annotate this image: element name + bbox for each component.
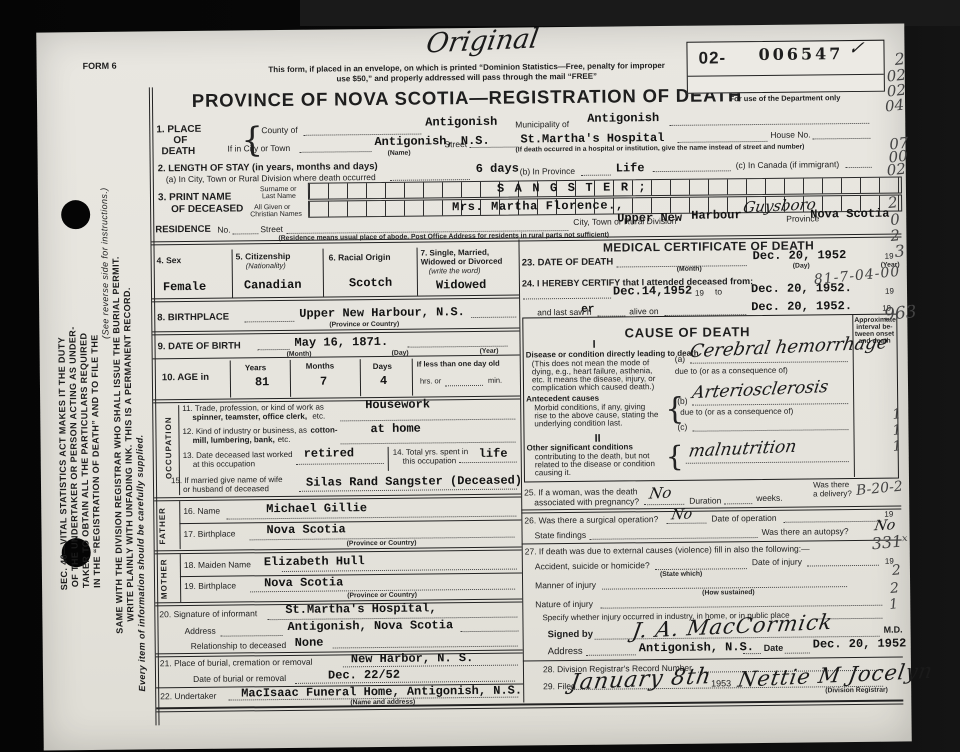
mother-birthplace-value: Nova Scotia <box>264 576 343 589</box>
racial-origin-label: 6. Racial Origin <box>329 253 391 263</box>
signed-address-label: Address <box>548 647 583 657</box>
occ-12-value: at home <box>370 423 421 436</box>
q25-duration-label: Duration <box>689 496 721 505</box>
side-note-supply: Every item of information should be care… <box>134 434 147 691</box>
cell-divider <box>232 250 234 298</box>
dotted-line <box>666 523 706 524</box>
q25-value: No <box>648 485 673 502</box>
father-birthplace-caption: (Province or Country) <box>347 540 417 548</box>
age-less-label: If less than one day old <box>417 360 500 369</box>
informant-address-label: Address <box>184 627 215 636</box>
dotted-line <box>785 652 810 653</box>
dotted-line <box>232 233 258 234</box>
dotted-line <box>677 141 767 143</box>
stay-b-value: Life <box>616 162 645 175</box>
marital-value: Widowed <box>436 279 487 292</box>
attended-to-value: Dec. 20, 1952. <box>751 282 852 296</box>
citizenship-sublabel: (Nationality) <box>246 262 286 270</box>
age-months-header: Months <box>306 362 335 371</box>
age-min-label: min. <box>488 377 502 385</box>
antecedent-line4: underlying condition last. <box>534 419 622 428</box>
street-label: Street <box>444 140 467 149</box>
lastsaw-er: er <box>581 305 594 317</box>
dotted-line <box>743 653 761 654</box>
lastsaw-post: alive on <box>629 307 658 316</box>
cell-divider <box>388 447 389 471</box>
cell-divider <box>323 249 325 297</box>
pencil-331: 331ˣ <box>871 533 909 553</box>
informant-relationship-label: Relationship to deceased <box>191 641 287 651</box>
dotted-line <box>459 462 517 464</box>
cell-divider <box>412 359 413 396</box>
father-vertical-label: FATHER <box>158 506 167 546</box>
q27-nature-label: Nature of injury <box>535 600 593 610</box>
side-note-reverse: (See reverse side for instructions.) <box>99 187 111 339</box>
dod-value: Dec. 20, 1952 <box>753 249 847 263</box>
dotted-line <box>221 635 283 637</box>
cell-divider <box>179 501 181 549</box>
dotted-line <box>282 569 517 572</box>
stay-b-label: (b) In Province <box>520 167 575 177</box>
marital-label-3: (write the word) <box>429 267 481 275</box>
cell-divider <box>180 554 182 602</box>
occ-13-label-b: at this occupation <box>193 460 255 469</box>
printname-label-2: OF DECEASED <box>171 204 243 215</box>
stay-c-label: (c) In Canada (if immigrant) <box>736 160 840 170</box>
cell-divider <box>360 359 361 396</box>
mother-birthplace-caption: (Province or Country) <box>347 592 417 600</box>
dotted-line <box>341 442 516 445</box>
dotted-line <box>296 463 384 465</box>
county-label: County of <box>261 126 297 135</box>
q26-value1: No <box>670 507 693 523</box>
cause-a-label: (a) <box>675 355 685 364</box>
dotted-line <box>469 147 517 149</box>
cause-p1-e: complication which caused death.) <box>532 383 654 393</box>
dotted-line <box>461 631 519 633</box>
dotted-line <box>724 503 752 504</box>
divider-line <box>688 74 884 77</box>
dotted-line <box>586 654 636 656</box>
dob-label: 9. DATE OF BIRTH <box>158 341 241 352</box>
father-name-label: 16. Name <box>183 507 220 516</box>
pencil-t3: 1 <box>892 439 902 454</box>
q27-state-caption: (State which) <box>660 571 702 579</box>
signed-date-label: Date <box>764 644 784 654</box>
birthplace-label: 8. BIRTHPLACE <box>157 313 229 324</box>
burial-date-value: Dec. 22/52 <box>328 669 400 682</box>
undertaker-label: 22. Undertaker <box>160 692 216 702</box>
dotted-line <box>471 317 516 318</box>
divider-line <box>179 520 521 525</box>
occ-15-label-b: or husband of deceased <box>183 485 269 494</box>
q27-accident-label: Accident, suicide or homicide? <box>535 561 650 571</box>
age-hrs-label: hrs. or <box>420 377 441 385</box>
q27-label: 27. If death was due to external causes … <box>525 544 810 556</box>
dod-label: 23. DATE OF DEATH <box>522 258 614 269</box>
dotted-line <box>812 138 870 140</box>
q27-sustained-caption: (How sustained) <box>702 589 755 597</box>
residence-label: RESIDENCE <box>155 225 211 236</box>
occ-11-value: Housework <box>365 398 430 411</box>
film-edge <box>300 0 960 26</box>
attended-from-19: 19 <box>695 290 704 298</box>
q25-weeks-label: weeks. <box>756 494 783 503</box>
citizenship-value: Canadian <box>244 279 302 292</box>
microfilm-background: SEC. 46—VITAL STATISTICS ACT MAKES IT TH… <box>0 0 960 752</box>
burial-place-value: New Harbor, N. S. <box>351 652 474 666</box>
residence-division-value1: Upper New <box>617 212 682 225</box>
occ-14-value: life <box>479 448 508 461</box>
age-years-header: Years <box>245 364 266 373</box>
side-note-line6: WRITE PLAINLY WITH UNFADING INK. THIS IS… <box>122 287 136 621</box>
cause-dueto-2: due to (or as a consequence of) <box>680 408 793 418</box>
pencil-d2: 2 <box>889 581 899 596</box>
informant-label: 20. Signature of informant <box>159 609 257 619</box>
citizenship-label: 5. Citizenship <box>236 252 291 261</box>
dept-prefix: 02- <box>698 49 726 67</box>
q26-autopsy-label: Was there an autopsy? <box>761 527 848 537</box>
age-years-value: 81 <box>255 376 270 389</box>
form-number-label: FORM 6 <box>83 62 117 72</box>
residence-no-label: No. <box>217 226 230 235</box>
sex-label: 4. Sex <box>157 256 182 265</box>
q25-line2: associated with pregnancy? <box>534 497 639 507</box>
mother-name-label: 18. Maiden Name <box>184 560 251 570</box>
cause-dueto-1: due to (or as a consequence of) <box>675 367 788 377</box>
pencil-a4: 04 <box>884 98 905 116</box>
dotted-line <box>300 151 372 153</box>
cell-divider <box>290 360 291 397</box>
dotted-line <box>258 349 290 350</box>
racial-origin-value: Scotch <box>349 277 392 290</box>
street-value: St.Martha's Hospital <box>520 132 664 146</box>
signedby-label: Signed by <box>548 630 594 640</box>
pencil-c4: 3 <box>894 243 906 261</box>
page-title: PROVINCE OF NOVA SCOTIA—REGISTRATION OF … <box>187 85 747 110</box>
dotted-line <box>581 175 611 176</box>
stay-a-value: 6 days <box>476 163 519 176</box>
dob-value: May 16, 1871. <box>294 336 388 350</box>
occ-12-label-b: cotton- <box>310 426 337 435</box>
dod-day-caption: (Day) <box>793 262 810 269</box>
mother-birthplace-label: 19. Birthplace <box>184 582 236 591</box>
birthplace-caption: (Province or Country) <box>329 321 399 329</box>
father-name-value: Michael Gillie <box>266 502 367 516</box>
dod-month-caption: (Month) <box>677 266 702 273</box>
dotted-line <box>600 605 882 609</box>
dotted-line <box>333 646 518 649</box>
original-handwriting: Original <box>424 25 540 59</box>
pencil-t1: 1 <box>892 407 902 422</box>
q26-findings-label: State findings <box>535 531 587 540</box>
father-birthplace-label: 17. Birthplace <box>183 530 235 539</box>
pencil-t2: 1 <box>892 423 902 438</box>
informant-address-value: Antigonish, Nova Scotia <box>287 619 453 633</box>
occ-15-value: Silas Rand Sangster (Deceased) <box>306 475 522 490</box>
divider-line <box>180 573 522 578</box>
city-label: If in City or Town <box>227 144 290 154</box>
birthplace-value: Upper New Harbour, N.S. <box>299 306 465 320</box>
given-name-value: Mrs. Martha Florence., <box>452 199 624 213</box>
punch-hole-top <box>61 200 90 229</box>
informant-relationship-value: None <box>295 637 324 650</box>
occ-11-label-b: spinner, teamster, office clerk, <box>192 413 307 423</box>
q27-manner-label: Manner of injury <box>535 581 596 591</box>
city-name-caption: (Name) <box>388 150 411 157</box>
dept-number: 006547 <box>758 46 843 64</box>
registrar-caption: (Division Registrar) <box>825 687 888 695</box>
occ-12-label-c: mill, lumbering, bank, <box>193 436 275 445</box>
dotted-line <box>644 504 684 505</box>
side-note-line4: IN THE “REGISTRATION OF DEATH” AND TO FI… <box>89 334 102 588</box>
pencil-b202: B-20-2 <box>855 480 903 499</box>
age-months-value: 7 <box>320 376 327 389</box>
cell-divider <box>230 361 231 398</box>
q26-date-label: Date of operation <box>711 514 776 524</box>
signed-address-value: Antigonish, N.S. <box>639 641 754 655</box>
residence-division-value2: Harbour <box>691 209 742 222</box>
divider-line <box>523 657 903 662</box>
cell-divider <box>417 248 419 296</box>
residence-province-value: Nova Scotia <box>810 208 889 221</box>
dotted-line <box>669 123 869 126</box>
age-days-value: 4 <box>380 375 387 388</box>
cause-c-label: (c) <box>677 423 687 432</box>
sex-value: Female <box>163 281 206 294</box>
q27-injurydate-label: Date of injury <box>752 558 802 567</box>
surname-caption-2: Last Name <box>262 193 296 201</box>
q25-delivery-label2: a delivery? <box>813 490 852 499</box>
age-label: 10. AGE in <box>162 373 209 383</box>
q26-label: 26. Was there a surgical operation? <box>524 515 658 525</box>
surname-value: SANGSTER; <box>497 181 656 195</box>
other-cond-line4: causing it. <box>535 469 571 478</box>
dotted-line <box>445 385 483 386</box>
other-cond-brace: { <box>666 440 684 473</box>
attended-to-19: 19 <box>885 288 894 296</box>
municipality-value: Antigonish <box>587 112 659 125</box>
pencil-d3: 1 <box>889 597 899 612</box>
father-birthplace-value: Nova Scotia <box>266 523 345 536</box>
dod-19: 19 <box>885 253 894 261</box>
death-registration-form: SEC. 46—VITAL STATISTICS ACT MAKES IT TH… <box>36 23 911 750</box>
age-days-header: Days <box>373 363 392 372</box>
dotted-line <box>783 521 881 523</box>
dotted-line <box>807 565 879 567</box>
dotted-line <box>846 167 872 168</box>
mother-name-value: Elizabeth Hull <box>264 555 365 569</box>
dotted-line <box>590 537 758 540</box>
signed-date-value: Dec. 20, 1952 <box>813 637 907 651</box>
county-value: Antigonish <box>425 116 497 129</box>
informant-value: St.Martha's Hospital, <box>285 602 436 616</box>
filed-date-handwriting: January 8th <box>568 665 713 695</box>
dotted-line <box>340 419 515 422</box>
lastsaw-value: Dec. 20, 1952. <box>751 300 852 314</box>
dotted-line <box>226 516 516 520</box>
occ-14-label-b: this occupation <box>403 457 456 466</box>
given-caption-2: Christian Names <box>250 211 302 219</box>
attended-from-value: Dec.14,1952 <box>613 285 692 298</box>
mother-vertical-label: MOTHER <box>159 557 168 601</box>
attended-to-label: to <box>715 287 722 296</box>
burial-place-label: 21. Place of burial, cremation or remova… <box>160 658 313 669</box>
pencil-963: 963 <box>883 304 917 325</box>
occ-12-label-d: etc. <box>278 436 291 445</box>
place-label-3: DEATH <box>161 147 195 158</box>
municipality-label: Municipality of <box>515 120 569 129</box>
occ-13-value: retired <box>304 447 355 460</box>
dotted-line <box>523 298 611 300</box>
md-label: M.D. <box>884 626 903 636</box>
dept-caption: For use of the Department only <box>687 94 883 104</box>
printname-label-1: 3. PRINT NAME <box>158 193 231 204</box>
place-brace: { <box>241 120 263 160</box>
pencil-d1: 2 <box>891 563 901 578</box>
pencil-b3: 02 <box>886 162 907 180</box>
dotted-line <box>244 321 294 323</box>
occ-11-label-c: etc. <box>312 413 325 422</box>
cause-b-label: (b) <box>677 397 687 406</box>
burial-date-label: Date of burial or removal <box>193 674 286 684</box>
house-no-label: House No. <box>770 130 810 139</box>
residence-street-label: Street <box>260 225 283 234</box>
dotted-line <box>653 170 731 172</box>
